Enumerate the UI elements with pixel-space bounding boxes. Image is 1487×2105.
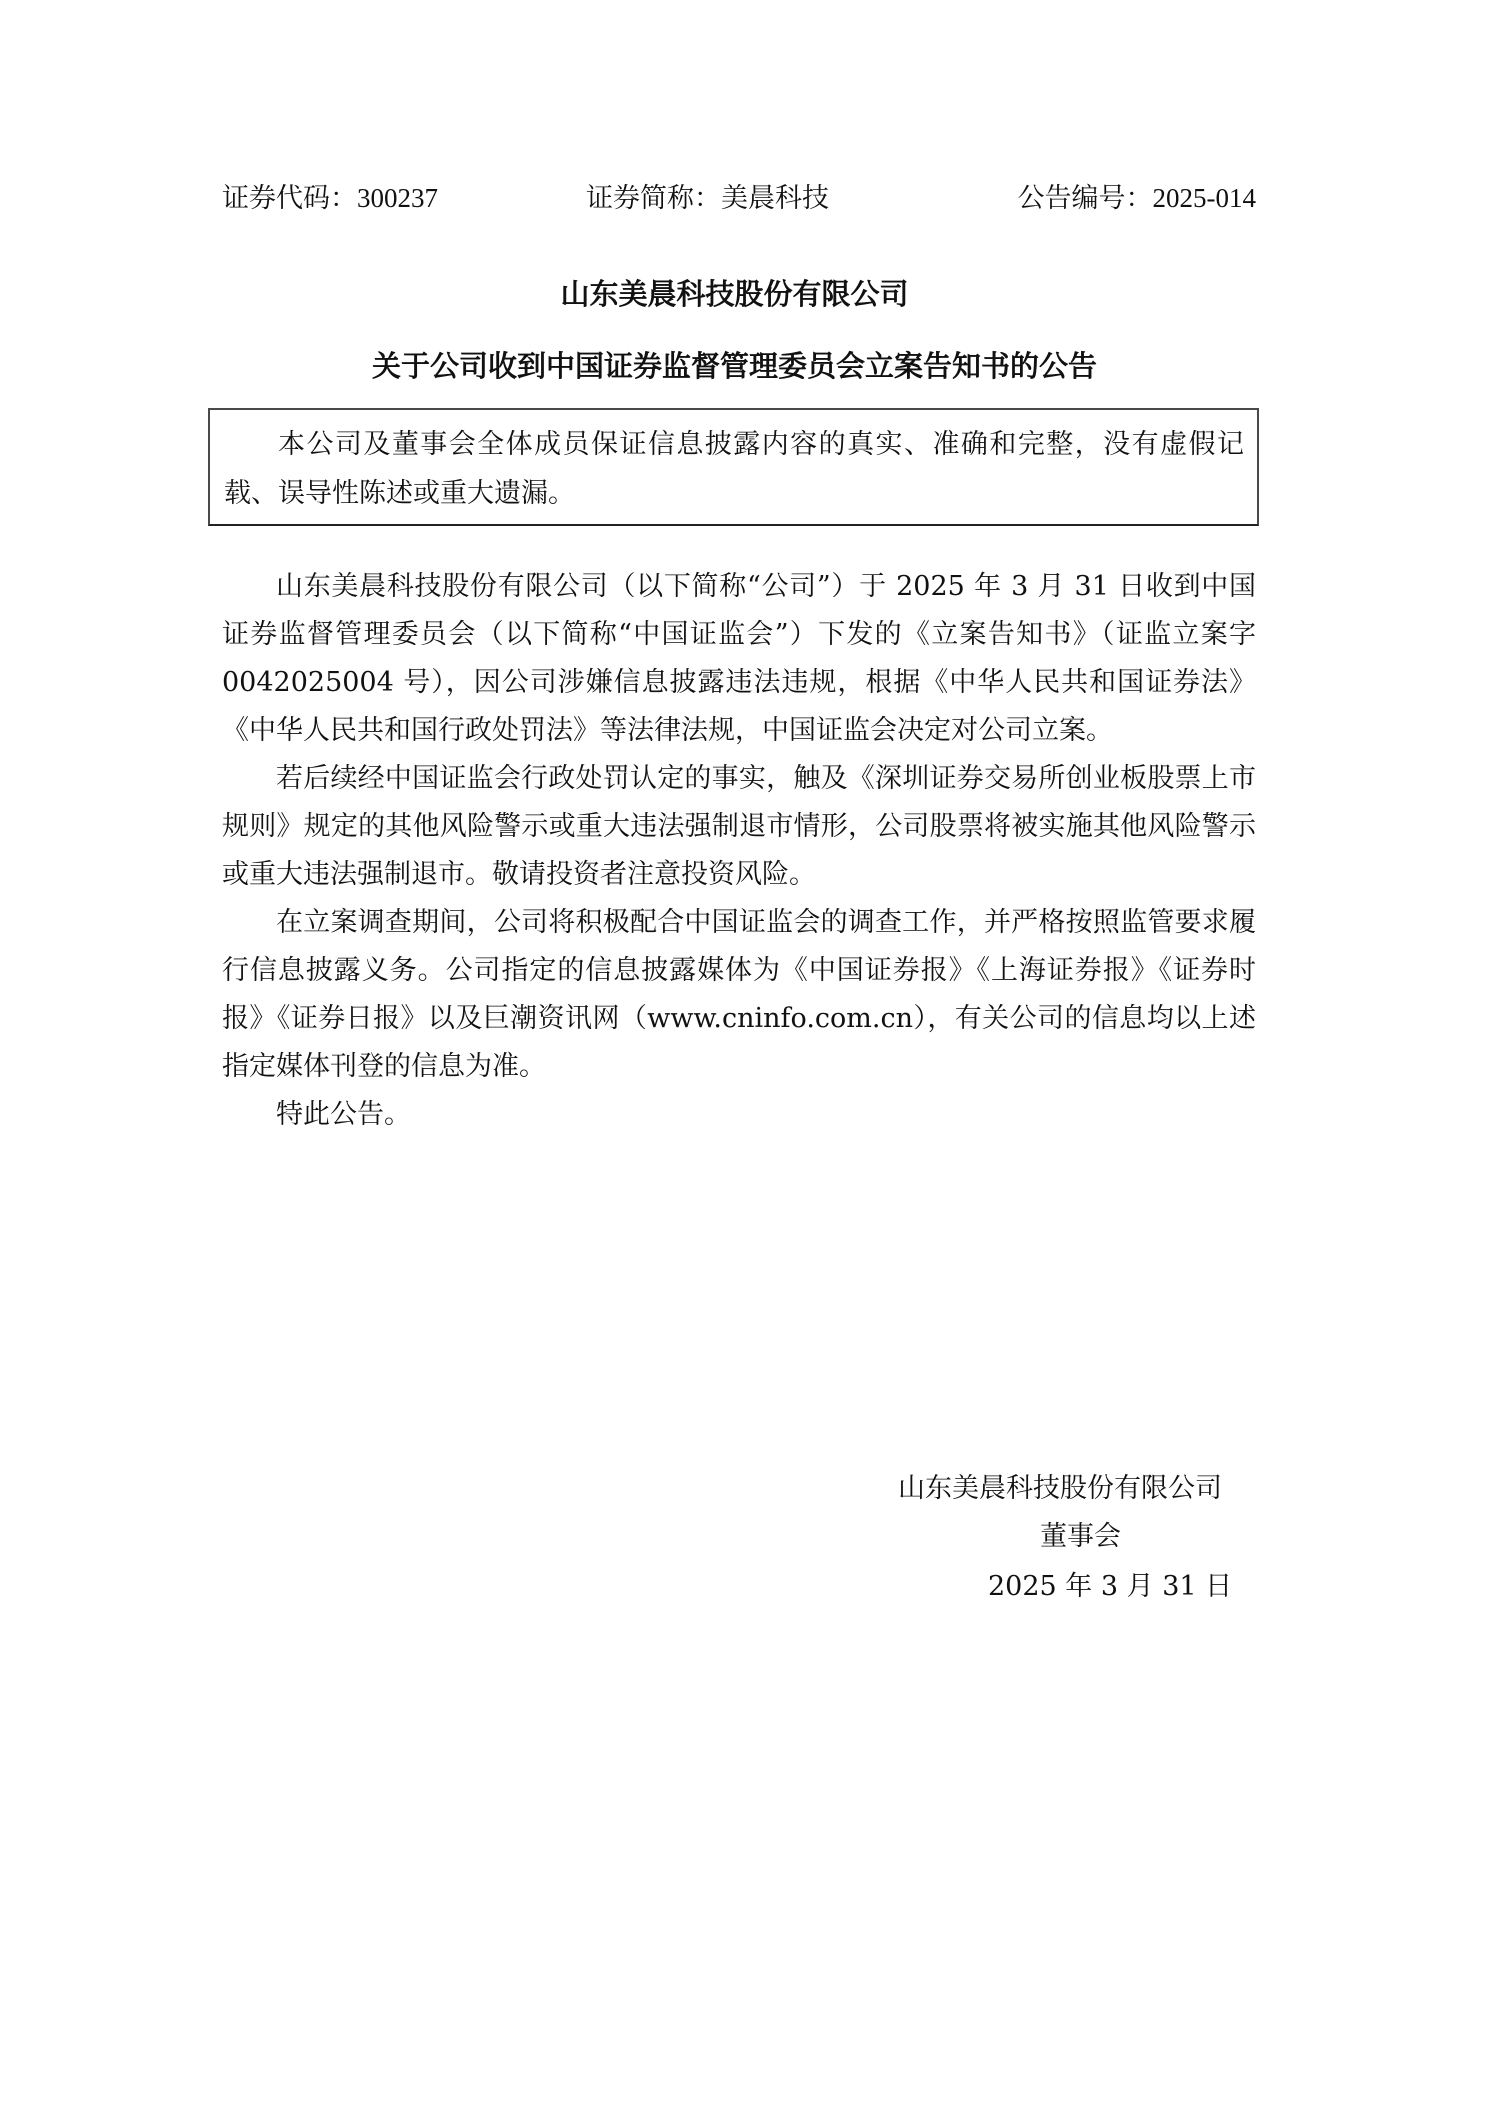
signature-date: 2025 年 3 月 31 日 xyxy=(988,1564,1232,1603)
announcement-body: 山东美晨科技股份有限公司（以下简称“公司”）于 2025 年 3 月 31 日收… xyxy=(222,563,1256,1139)
signature-company: 山东美晨科技股份有限公司 xyxy=(898,1466,1222,1505)
paragraph-case-filing: 山东美晨科技股份有限公司（以下简称“公司”）于 2025 年 3 月 31 日收… xyxy=(222,563,1256,755)
announcement-number: 公告编号：2025-014 xyxy=(1018,178,1257,218)
security-abbreviation: 证券简称：美晨科技 xyxy=(586,178,829,218)
disclosure-guarantee-box: 本公司及董事会全体成员保证信息披露内容的真实、准确和完整，没有虚假记载、误导性陈… xyxy=(208,408,1259,526)
company-title: 山东美晨科技股份有限公司 xyxy=(208,272,1261,313)
announcement-title: 关于公司收到中国证券监督管理委员会立案告知书的公告 xyxy=(208,344,1261,385)
document-header: 证券代码：300237 证券简称：美晨科技 公告编号：2025-014 xyxy=(222,178,1256,218)
paragraph-disclosure-media: 在立案调查期间，公司将积极配合中国证监会的调查工作，并严格按照监管要求履行信息披… xyxy=(222,899,1256,1091)
disclosure-guarantee-text: 本公司及董事会全体成员保证信息披露内容的真实、准确和完整，没有虚假记载、误导性陈… xyxy=(224,420,1244,518)
signature-board: 董事会 xyxy=(1040,1514,1121,1553)
paragraph-closing: 特此公告。 xyxy=(222,1091,1256,1139)
security-code: 证券代码：300237 xyxy=(222,178,438,218)
paragraph-risk-warning: 若后续经中国证监会行政处罚认定的事实，触及《深圳证券交易所创业板股票上市规则》规… xyxy=(222,755,1256,899)
